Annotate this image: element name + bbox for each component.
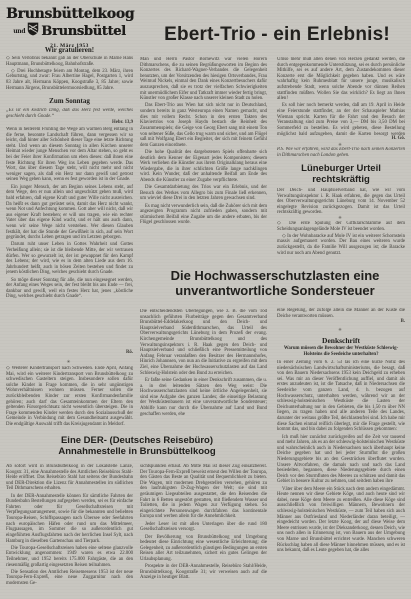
paragraph: So möge dieser Sonntag für alle, die nun… <box>6 278 133 300</box>
children-transport-notice: ◇ Weiterer Kindertransport nach Schweden… <box>6 366 133 430</box>
masthead-title-line2: und Brunsbüttel <box>6 22 133 40</box>
lueneburg-headline-line2: rechtskräftig <box>277 175 405 186</box>
paragraph: Die Sensation des Amtlichen Reisemessens… <box>6 570 133 587</box>
paragraph: Die Touropa-Gesellschaftsreisen haben ei… <box>6 546 133 568</box>
paragraph: Ich muß hier zunächst zurückgreifen auf … <box>277 435 405 485</box>
lueneburg-body: Der Deich- und Hauptsielverband hat, wie… <box>277 188 405 214</box>
memorandum-body: In einer Zeitung vom 6. 2. 53 las ich ei… <box>277 360 405 595</box>
paragraph: Das Ebert-Trio aus Wien hat sich nicht n… <box>140 103 267 148</box>
memorandum-heading: Denkschrift <box>277 336 405 345</box>
der-article-column2: sichtspunkten erbaut. Ab Mitte Mai ist d… <box>140 464 267 595</box>
paragraph: ◇ Die erste Spülung der Giftklärschlämme… <box>277 221 405 232</box>
paragraph: Die entscheidendsten Überlegungen, wie z… <box>140 309 267 376</box>
paragraph: Er faßte seine Gedanken in einer Denksch… <box>140 378 267 417</box>
paragraph: In einer Zeitung vom 6. 2. 53 las ich ei… <box>277 360 405 433</box>
paragraph: Der Deich- und Hauptsielverband hat, wie… <box>277 188 405 214</box>
sunday-devotional-quote: „Es ist ein köstlich Ding, daß das Herz … <box>6 108 133 120</box>
congratulations-heading: Wir gratulieren! <box>6 46 133 54</box>
paragraph: Wenn in heiterem Frühling die Wege am wa… <box>6 127 133 183</box>
paragraph: Man und Herrn Pastor Bornewitz war viele… <box>140 57 267 102</box>
sunday-devotional-quote-source: Hebr. 13,9 <box>6 120 133 125</box>
town-crest-icon <box>27 22 39 40</box>
paragraph: Prospekte in der DER-Annahmestelle, Reis… <box>140 564 267 581</box>
paragraph: Ab sofort wird in Brunsbüttelkoog in der… <box>6 464 133 492</box>
ebert-trio-headline: Ebert-Trio - ein Erlebnis! <box>146 24 408 46</box>
newspaper-page: Brunsbüttelkoog und Brunsbüttel 21. März… <box>0 0 411 599</box>
memorandum-subtitle: Warum müssen die Bewohner der Westküste … <box>277 346 405 358</box>
paragraph: Der Bevölkerung von Brunsbüttelkoog und … <box>140 535 267 563</box>
masthead-title-line2-text: Brunsbüttel <box>41 24 126 39</box>
section-divider: ✳ <box>6 359 133 365</box>
congratulations-body: ◇ Sein Verlöbnis bekannt gab an der Ober… <box>6 56 133 94</box>
sunday-devotional-signature: Rö. <box>6 350 133 355</box>
paragraph: ◇ In der Wohnbaracke auf Mole IV ist ein… <box>277 234 405 256</box>
der-headline-line2: Annahmestelle in Brunsbüttelkoog <box>6 447 268 458</box>
flood-levy-column2: Die entscheidendsten Überlegungen, wie z… <box>140 309 267 433</box>
paragraph: Es soll hier noch bemerkt werden, daß am… <box>277 103 405 137</box>
ebert-trio-column3: Umso mehr muß allen denen von Herzen ged… <box>277 57 405 137</box>
ebert-trio-postscript: P.S. Wie wir erfahren, wird das Ebert-Tr… <box>277 147 405 162</box>
paragraph: Jeder Leser ist mit allen Unterlagen übe… <box>140 522 267 533</box>
paragraph: In der DER-Annahmestelle können für sämt… <box>6 494 133 544</box>
masthead-title-line1: Brunsbüttelkoog <box>6 6 133 22</box>
flood-levy-headline: Die Hochwasserschutzlasten eine unverant… <box>142 269 408 298</box>
sunday-devotional-heading: Zum Sonntag <box>6 97 133 105</box>
section-divider: ✳ <box>277 327 405 333</box>
local-notes: ◇ Die erste Spülung der Giftklärschlämme… <box>277 221 405 265</box>
flood-levy-headline-line1: Die Hochwasserschutzlasten eine <box>142 269 408 284</box>
paragraph: Darum ruht unser Leben in Gottes Wahrhei… <box>6 242 133 276</box>
ebert-trio-column2: Man und Herrn Pastor Bornewitz war viele… <box>140 57 267 262</box>
paragraph: sichtspunkten erbaut. Ab Mitte Mai ist d… <box>140 464 267 520</box>
paragraph: Umso mehr muß allen denen von Herzen ged… <box>277 57 405 102</box>
paragraph: ◇ Sein Verlöbnis bekannt gab an der Ober… <box>6 56 133 67</box>
paragraph: Es mag nicht verwunderlich sein, daß die… <box>140 204 267 226</box>
paragraph: Ein junger Mensch, der am Beginn seines … <box>6 185 133 241</box>
sunday-devotional-body: Wenn in heiterem Frühling die Wege am wa… <box>6 127 133 349</box>
ebert-trio-signature: H. Gö. <box>277 136 405 141</box>
paragraph: ◇ Weiterer Kindertransport nach Schweden… <box>6 366 133 428</box>
paragraph: Väter über dem Meere ein Stück nach dem … <box>277 487 405 554</box>
flood-levy-headline-line2: unverantwortliche Sondersteuer <box>142 284 408 299</box>
paragraph: Die Gesamtdarbietung des Trios war ein E… <box>140 185 267 202</box>
der-article-column1: Ab sofort wird in Brunsbüttelkoog in der… <box>6 464 133 595</box>
paragraph: ◇ Drei Hochbetagte feiern am Montag, dem… <box>6 69 133 91</box>
flood-levy-signature: B. <box>277 319 405 324</box>
lueneburg-headline: Lüneburger Urteil rechtskräftig <box>277 164 405 186</box>
masthead: Brunsbüttelkoog und Brunsbüttel 21. März… <box>6 6 133 49</box>
der-article-headline: Eine DER- (Deutsches Reisebüro) Annahmes… <box>6 436 268 458</box>
paragraph: Die hohe Qualität des dargebotenen Spiel… <box>140 150 267 184</box>
masthead-connector: und <box>13 28 25 35</box>
